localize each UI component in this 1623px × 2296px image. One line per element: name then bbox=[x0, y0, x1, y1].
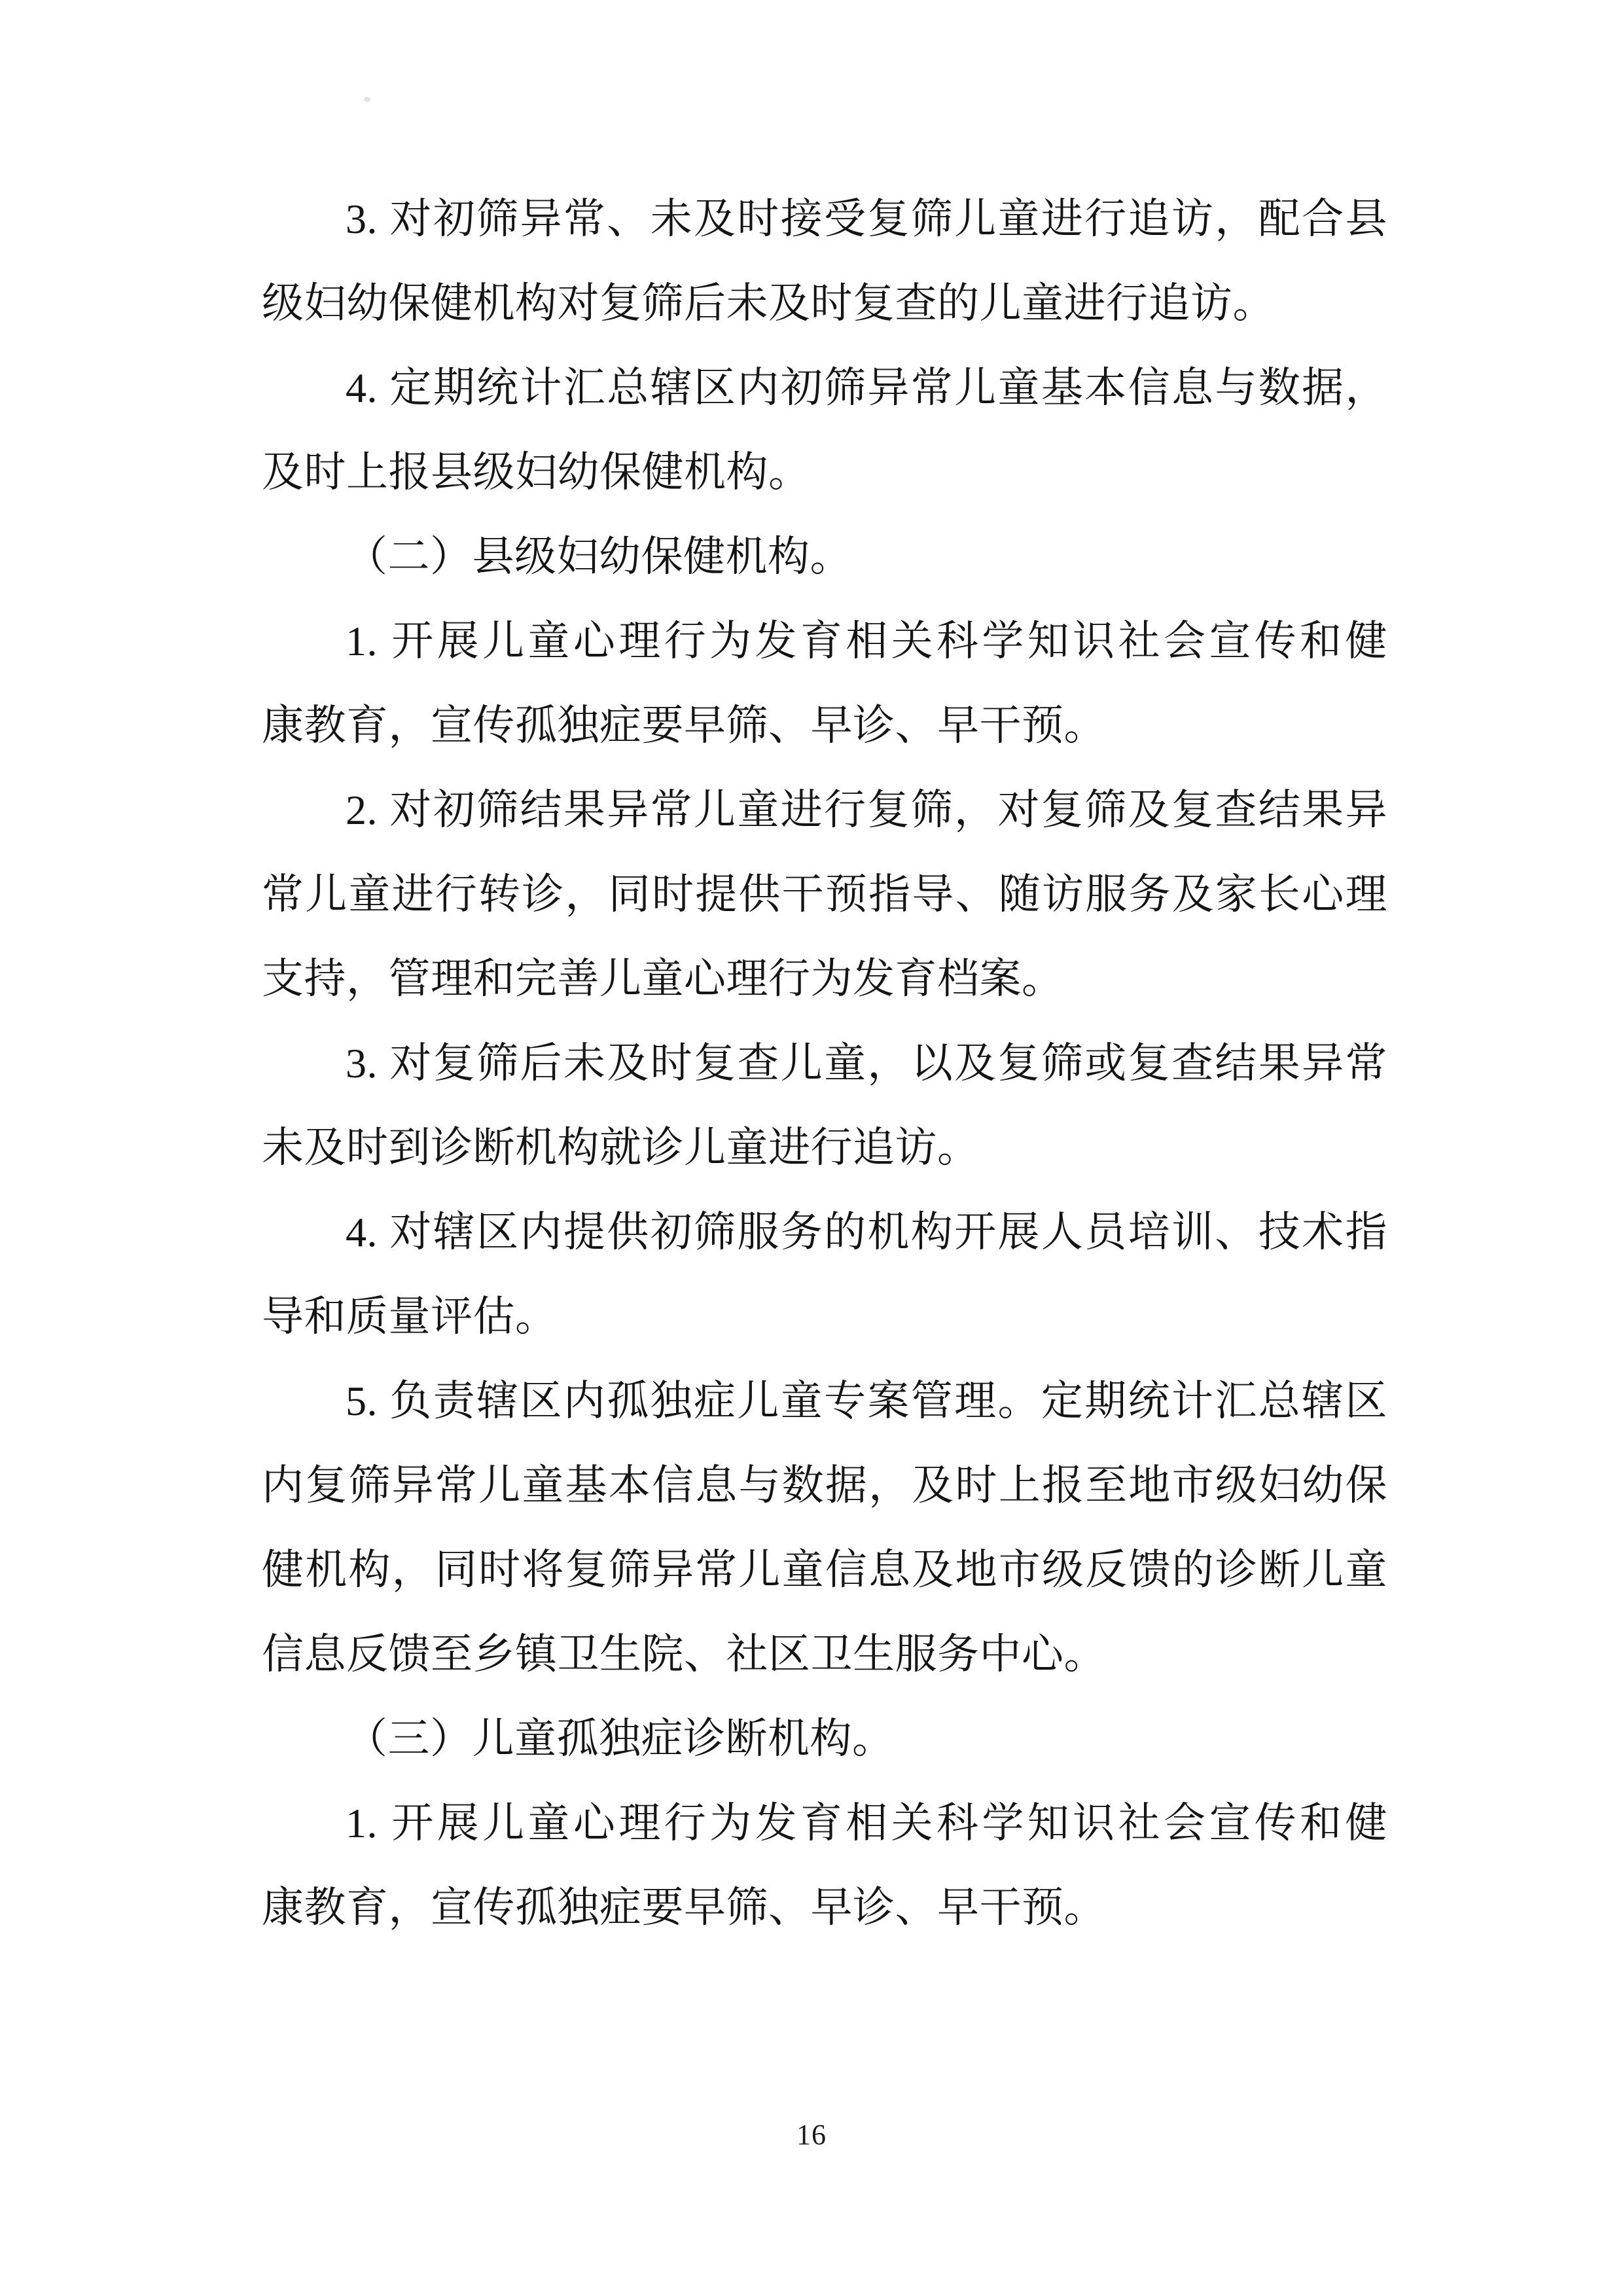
text-line: 常儿童进行转诊，同时提供干预指导、随访服务及家长心理 bbox=[262, 852, 1387, 937]
text-line: 及时上报县级妇幼保健机构。 bbox=[262, 430, 1387, 514]
text-line: 1. 开展儿童心理行为发育相关科学知识社会宣传和健 bbox=[262, 599, 1387, 683]
scan-speck-artifact bbox=[364, 97, 370, 102]
text-line: 1. 开展儿童心理行为发育相关科学知识社会宣传和健 bbox=[262, 1781, 1387, 1865]
text-line: 康教育，宣传孤独症要早筛、早诊、早干预。 bbox=[262, 683, 1387, 768]
text-line: 未及时到诊断机构就诊儿童进行追访。 bbox=[262, 1105, 1387, 1190]
text-line: 3. 对初筛异常、未及时接受复筛儿童进行追访，配合县 bbox=[262, 177, 1387, 261]
text-line: 4. 对辖区内提供初筛服务的机构开展人员培训、技术指 bbox=[262, 1190, 1387, 1274]
text-line: 导和质量评估。 bbox=[262, 1274, 1387, 1359]
document-body: 3. 对初筛异常、未及时接受复筛儿童进行追访，配合县级妇幼保健机构对复筛后未及时… bbox=[262, 177, 1387, 1950]
text-line: 3. 对复筛后未及时复查儿童，以及复筛或复查结果异常 bbox=[262, 1021, 1387, 1105]
text-line: 支持，管理和完善儿童心理行为发育档案。 bbox=[262, 937, 1387, 1021]
text-line: 2. 对初筛结果异常儿童进行复筛，对复筛及复查结果异 bbox=[262, 768, 1387, 852]
text-line: 信息反馈至乡镇卫生院、社区卫生服务中心。 bbox=[262, 1612, 1387, 1696]
text-line: （二）县级妇幼保健机构。 bbox=[262, 514, 1387, 599]
text-line: 康教育，宣传孤独症要早筛、早诊、早干预。 bbox=[262, 1865, 1387, 1950]
text-line: 5. 负责辖区内孤独症儿童专案管理。定期统计汇总辖区 bbox=[262, 1359, 1387, 1443]
text-line: 级妇幼保健机构对复筛后未及时复查的儿童进行追访。 bbox=[262, 261, 1387, 346]
document-page: 3. 对初筛异常、未及时接受复筛儿童进行追访，配合县级妇幼保健机构对复筛后未及时… bbox=[0, 0, 1623, 2296]
page-number: 16 bbox=[0, 2119, 1623, 2151]
text-line: 4. 定期统计汇总辖区内初筛异常儿童基本信息与数据， bbox=[262, 346, 1387, 430]
text-line: 内复筛异常儿童基本信息与数据，及时上报至地市级妇幼保 bbox=[262, 1443, 1387, 1528]
text-line: （三）儿童孤独症诊断机构。 bbox=[262, 1696, 1387, 1781]
text-line: 健机构，同时将复筛异常儿童信息及地市级反馈的诊断儿童 bbox=[262, 1528, 1387, 1612]
